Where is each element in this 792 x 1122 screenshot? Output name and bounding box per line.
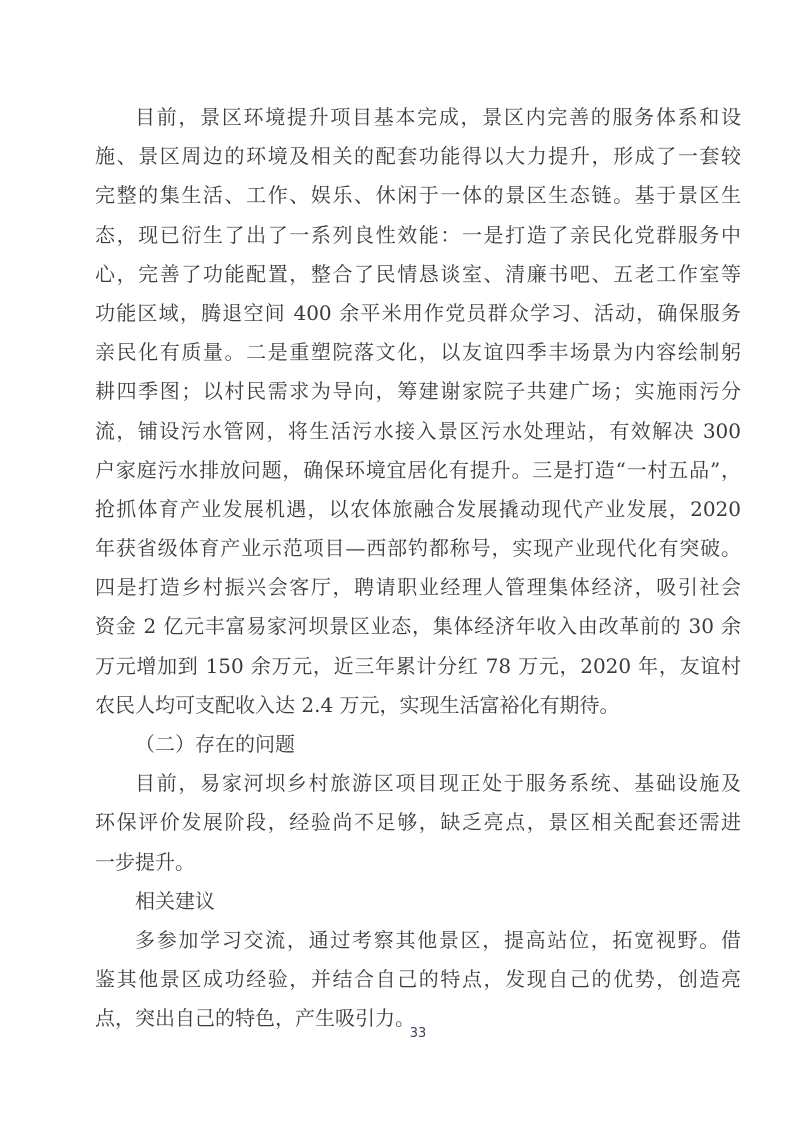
page-number: 33 [95,1026,741,1041]
text-line: 目前，景区环境提升项目基本完成，景区内完善的服务体系和设 [95,98,741,137]
text-block: 目前，景区环境提升项目基本完成，景区内完善的服务体系和设 施、景区周边的环境及相… [95,98,741,1039]
text-line: 施、景区周边的环境及相关的配套功能得以大力提升，形成了一套较 [95,137,741,176]
text-line: 流，铺设污水管网，将生活污水接入景区污水处理站，有效解决 300 [95,412,741,451]
subheading-problems-line: （二）存在的问题 [95,725,741,764]
text-line: 鉴其他景区成功经验，并结合自己的特点，发现自己的优势，创造亮 [95,960,741,999]
text-line: 耕四季图；以村民需求为导向，筹建谢家院子共建广场；实施雨污分 [95,372,741,411]
text-line: 一步提升。 [95,843,741,882]
text-line: 四是打造乡村振兴会客厅，聘请职业经理人管理集体经济，吸引社会 [95,568,741,607]
text-line: 万元增加到 150 余万元，近三年累计分红 78 万元，2020 年，友谊村 [95,647,741,686]
text-line: 亲民化有质量。二是重塑院落文化，以友谊四季丰场景为内容绘制躬 [95,333,741,372]
subheading-suggestions-line: 相关建议 [95,882,741,921]
text-line: 完整的集生活、工作、娱乐、休闲于一体的景区生态链。基于景区生 [95,176,741,215]
text-line: 户家庭污水排放问题，确保环境宜居化有提升。三是打造“一村五品”， [95,451,741,490]
text-line: 心，完善了功能配置，整合了民情恳谈室、清廉书吧、五老工作室等 [95,255,741,294]
text-line: 目前，易家河坝乡村旅游区项目现正处于服务系统、基础设施及 [95,764,741,803]
text-line: 态，现已衍生了出了一系列良性效能：一是打造了亲民化党群服务中 [95,216,741,255]
document-page: 目前，景区环境提升项目基本完成，景区内完善的服务体系和设 施、景区周边的环境及相… [0,0,792,1122]
text-line: 农民人均可支配收入达 2.4 万元，实现生活富裕化有期待。 [95,686,741,725]
text-line: 环保评价发展阶段，经验尚不足够，缺乏亮点，景区相关配套还需进 [95,803,741,842]
text-line: 年获省级体育产业示范项目—西部钓都称号，实现产业现代化有突破。 [95,529,741,568]
text-line: 多参加学习交流，通过考察其他景区，提高站位，拓宽视野。借 [95,921,741,960]
text-line: 资金 2 亿元丰富易家河坝景区业态，集体经济年收入由改革前的 30 余 [95,607,741,646]
text-line: 抢抓体育产业发展机遇，以农体旅融合发展撬动现代产业发展，2020 [95,490,741,529]
text-line: 功能区域，腾退空间 400 余平米用作党员群众学习、活动，确保服务 [95,294,741,333]
